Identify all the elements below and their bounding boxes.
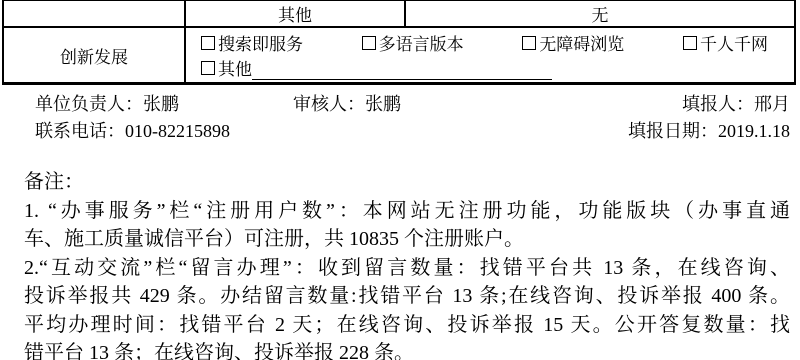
- reviewer-label: 审核人：: [293, 94, 365, 114]
- note-line: 错平台 13 条；在线咨询、投诉举报 228 条。: [24, 339, 790, 360]
- checkbox-icon: [522, 36, 536, 50]
- phone-field: 联系电话：010-82215898: [35, 117, 230, 143]
- option-accessibility: 无障碍浏览: [522, 30, 624, 55]
- row-label-innovation: 创新发展: [4, 28, 186, 82]
- filler-value: 邢月: [754, 94, 790, 114]
- innovation-row: 创新发展 搜索即服务 多语言版本 无障碍浏览: [4, 28, 794, 82]
- checkbox-icon: [362, 36, 376, 50]
- signature-row-2: 联系电话：010-82215898 填报日期：2019.1.18: [35, 116, 790, 143]
- date-label: 填报日期：: [628, 121, 718, 141]
- date-field: 填报日期：2019.1.18: [628, 117, 790, 143]
- checkbox-options-row: 搜索即服务 多语言版本 无障碍浏览 千人千网: [201, 30, 768, 55]
- innovation-options-cell: 搜索即服务 多语言版本 无障碍浏览 千人千网: [186, 28, 794, 82]
- header-cell-none: 无: [406, 1, 794, 26]
- phone-value: 010-82215898: [125, 121, 230, 141]
- option-label: 搜索即服务: [218, 30, 303, 55]
- header-cell-empty: [4, 1, 186, 26]
- signature-block: 单位负责人：张鹏 审核人：张鹏 填报人：邢月 联系电话：010-82215898…: [0, 89, 800, 143]
- table-header-row: 其他 无: [4, 1, 794, 28]
- phone-label: 联系电话：: [35, 121, 125, 141]
- option-label: 其他: [218, 55, 252, 80]
- note-line: 投诉举报共 429 条。办结留言数量:找错平台 13 条;在线咨询、投诉举报 4…: [24, 282, 790, 311]
- option-other-row: 其他: [201, 55, 768, 80]
- option-personalized: 千人千网: [683, 30, 768, 55]
- reviewer-value: 张鹏: [365, 94, 401, 114]
- reviewer-field: 审核人：张鹏: [293, 90, 401, 116]
- checkbox-icon: [201, 36, 215, 50]
- filler-field: 填报人：邢月: [682, 90, 790, 116]
- unit-head-field: 单位负责人：张鹏: [35, 90, 179, 116]
- notes-title: 备注：: [24, 168, 790, 197]
- option-other: 其他: [201, 55, 252, 80]
- option-search-service: 搜索即服务: [201, 30, 303, 55]
- header-cell-other: 其他: [186, 1, 406, 26]
- option-label: 无障碍浏览: [539, 30, 624, 55]
- note-line: 2.“互动交流”栏“留言办理”：收到留言数量：找错平台共 13 条，在线咨询、: [24, 254, 790, 283]
- signature-row-1: 单位负责人：张鹏 审核人：张鹏 填报人：邢月: [35, 89, 790, 116]
- report-form-page: 其他 无 创新发展 搜索即服务 多语言版本 无障碍浏览: [0, 0, 800, 360]
- date-value: 2019.1.18: [718, 121, 790, 141]
- unit-head-label: 单位负责人：: [35, 94, 143, 114]
- option-label: 千人千网: [700, 30, 768, 55]
- note-line: 1. “办事服务”栏“注册用户数”：本网站无注册功能，功能版块（办事直通: [24, 197, 790, 226]
- unit-head-value: 张鹏: [143, 94, 179, 114]
- checkbox-icon: [683, 36, 697, 50]
- other-fill-in-blank: [252, 64, 552, 80]
- option-multilingual: 多语言版本: [362, 30, 464, 55]
- innovation-table: 其他 无 创新发展 搜索即服务 多语言版本 无障碍浏览: [2, 0, 796, 85]
- note-line: 平均办理时间：找错平台 2 天；在线咨询、投诉举报 15 天。公开答复数量：找: [24, 311, 790, 340]
- checkbox-icon: [201, 61, 215, 75]
- notes-section: 备注： 1. “办事服务”栏“注册用户数”：本网站无注册功能，功能版块（办事直通…: [24, 168, 790, 360]
- filler-label: 填报人：: [682, 94, 754, 114]
- note-line: 车、施工质量诚信平台）可注册，共 10835 个注册账户。: [24, 225, 790, 254]
- option-label: 多语言版本: [379, 30, 464, 55]
